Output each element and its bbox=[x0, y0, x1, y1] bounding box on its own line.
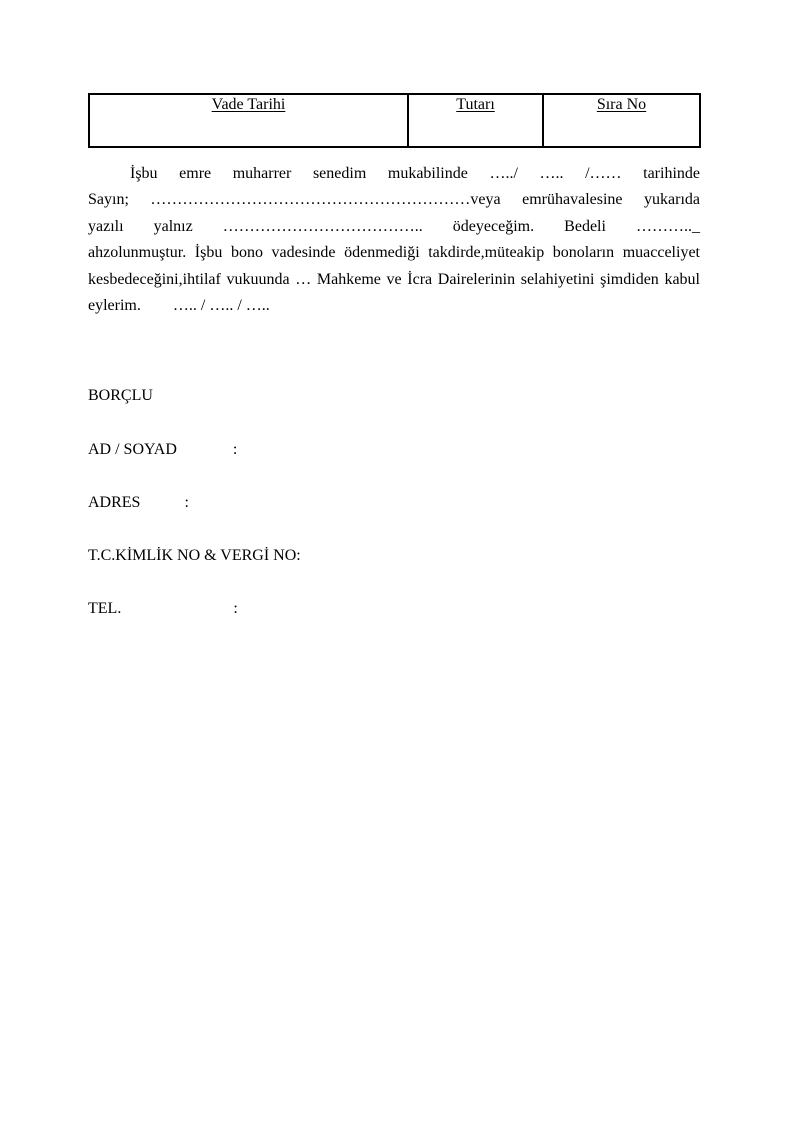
column-header-vade-tarihi: Vade Tarihi bbox=[212, 96, 286, 113]
debtor-title: BORÇLU bbox=[88, 387, 301, 405]
promissory-note-header-table: Vade Tarihi Tutarı Sıra No bbox=[88, 93, 701, 148]
body-text-line-5: kesbedeceğini,ihtilaf vukuunda … Mahkeme… bbox=[88, 267, 700, 293]
table-header-row: Vade Tarihi Tutarı Sıra No bbox=[89, 94, 700, 147]
body-text-line-4: ahzolunmuştur. İşbu bono vadesinde ödenm… bbox=[88, 240, 700, 266]
promissory-note-body: İşbu emre muharrer senedim mukabilinde …… bbox=[88, 161, 700, 319]
column-header-tutari: Tutarı bbox=[456, 96, 495, 113]
body-text-line-2: Sayın; ……………………………………………………veya emrühava… bbox=[88, 187, 700, 213]
debtor-info-block: BORÇLU AD / SOYAD : ADRES : T.C.KİMLİK N… bbox=[88, 352, 301, 653]
body-text-line-3: yazılı yalnız ……………………………….. ödeyeceğim.… bbox=[88, 214, 700, 240]
cell-tutari: Tutarı bbox=[408, 94, 543, 147]
debtor-field-phone: TEL. : bbox=[88, 600, 301, 618]
body-text-line-1: İşbu emre muharrer senedim mukabilinde …… bbox=[88, 161, 700, 187]
debtor-field-name-surname: AD / SOYAD : bbox=[88, 441, 301, 459]
body-text-line-6: eylerim. ….. / ….. / ….. bbox=[88, 293, 700, 319]
debtor-field-tc-id-tax-no: T.C.KİMLİK NO & VERGİ NO: bbox=[88, 547, 301, 565]
document-page: Vade Tarihi Tutarı Sıra No İşbu emre muh… bbox=[0, 0, 794, 1123]
column-header-sira-no: Sıra No bbox=[597, 96, 646, 113]
cell-vade-tarihi: Vade Tarihi bbox=[89, 94, 408, 147]
cell-sira-no: Sıra No bbox=[543, 94, 700, 147]
debtor-field-address: ADRES : bbox=[88, 494, 301, 512]
